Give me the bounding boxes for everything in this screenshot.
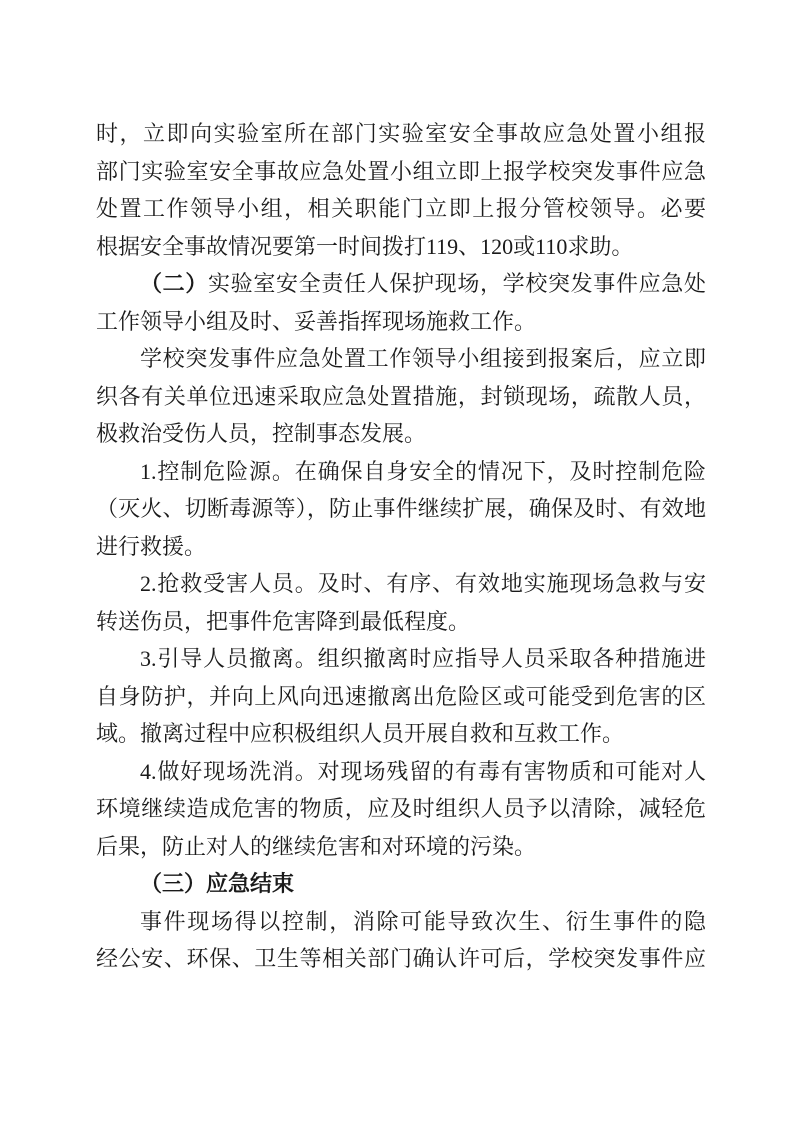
bold-text-segment: （三）应急结束 [140, 871, 294, 896]
text-line: 部门实验室安全事故应急处置小组立即上报学校突发事件应急 [96, 153, 706, 191]
text-segment: 学校突发事件应急处置工作领导小组接到报案后，应立即组 [96, 346, 706, 378]
text-line: 织各有关单位迅速采取应急处置措施，封锁现场，疏散人员，积 [96, 378, 706, 416]
text-line: 工作领导小组及时、妥善指挥现场施救工作。 [96, 303, 706, 341]
text-segment: 根据安全事故情况要第一时间拨打119、120或110求助。 [96, 234, 633, 259]
text-line: 后果，防止对人的继续危害和对环境的污染。 [96, 828, 706, 866]
text-segment: 部门实验室安全事故应急处置小组立即上报学校突发事件应急 [96, 159, 706, 184]
text-line: 1.控制危险源。在确保自身安全的情况下，及时控制危险源 [96, 453, 706, 491]
text-segment: 域。撤离过程中应积极组织人员开展自救和互救工作。 [96, 721, 624, 746]
text-line: 根据安全事故情况要第一时间拨打119、120或110求助。 [96, 228, 706, 266]
text-segment: 后果，防止对人的继续危害和对环境的污染。 [96, 834, 536, 859]
text-line: 事件现场得以控制，消除可能导致次生、衍生事件的隐患， [96, 903, 706, 941]
text-segment: 时，立即向实验室所在部门实验室安全事故应急处置小组报告； [96, 121, 706, 153]
bold-text-segment: （二） [140, 271, 208, 296]
text-line: 4.做好现场洗消。对现场残留的有毒有害物质和可能对人和 [96, 753, 706, 791]
text-segment: 工作领导小组及时、妥善指挥现场施救工作。 [96, 309, 536, 334]
text-line: 环境继续造成危害的物质，应及时组织人员予以清除，减轻危害 [96, 790, 706, 828]
text-line: 3.引导人员撤离。组织撤离时应指导人员采取各种措施进行 [96, 640, 706, 678]
text-segment: 环境继续造成危害的物质，应及时组织人员予以清除，减轻危害 [96, 796, 706, 828]
text-segment: 经公安、环保、卫生等相关部门确认许可后，学校突发事件应急 [96, 946, 706, 978]
text-segment: （灭火、切断毒源等），防止事件继续扩展，确保及时、有效地 [96, 496, 706, 521]
document-page: 时，立即向实验室所在部门实验室安全事故应急处置小组报告；部门实验室安全事故应急处… [0, 0, 793, 1122]
section-lead-line: （二）实验室安全责任人保护现场，学校突发事件应急处置 [96, 265, 706, 303]
text-line: 转送伤员，把事件危害降到最低程度。 [96, 603, 706, 641]
text-segment: 4.做好现场洗消。对现场残留的有毒有害物质和可能对人和 [96, 759, 706, 791]
text-line: 时，立即向实验室所在部门实验室安全事故应急处置小组报告； [96, 115, 706, 153]
text-segment: 处置工作领导小组，相关职能门立即上报分管校领导。必要时， [96, 196, 706, 228]
text-segment: 事件现场得以控制，消除可能导致次生、衍生事件的隐患， [96, 909, 706, 941]
text-segment: 2.抢救受害人员。及时、有序、有效地实施现场急救与安全 [96, 571, 706, 603]
text-line: 经公安、环保、卫生等相关部门确认许可后，学校突发事件应急 [96, 940, 706, 978]
text-line: 学校突发事件应急处置工作领导小组接到报案后，应立即组 [96, 340, 706, 378]
text-segment: 进行救援。 [96, 534, 206, 559]
text-line: 自身防护，并向上风向迅速撤离出危险区或可能受到危害的区 [96, 678, 706, 716]
text-segment: 1.控制危险源。在确保自身安全的情况下，及时控制危险源 [96, 459, 706, 491]
text-segment: 织各有关单位迅速采取应急处置措施，封锁现场，疏散人员，积 [96, 384, 706, 416]
text-line: 2.抢救受害人员。及时、有序、有效地实施现场急救与安全 [96, 565, 706, 603]
section-heading-line: （三）应急结束 [96, 865, 706, 903]
text-segment: 自身防护，并向上风向迅速撤离出危险区或可能受到危害的区 [96, 684, 706, 709]
text-segment: 3.引导人员撤离。组织撤离时应指导人员采取各种措施进行 [96, 646, 706, 678]
text-line: 域。撤离过程中应积极组织人员开展自救和互救工作。 [96, 715, 706, 753]
text-line: （灭火、切断毒源等），防止事件继续扩展，确保及时、有效地 [96, 490, 706, 528]
text-segment: 极救治受伤人员，控制事态发展。 [96, 421, 426, 446]
text-line: 处置工作领导小组，相关职能门立即上报分管校领导。必要时， [96, 190, 706, 228]
text-line: 极救治受伤人员，控制事态发展。 [96, 415, 706, 453]
text-line: 进行救援。 [96, 528, 706, 566]
text-segment: 转送伤员，把事件危害降到最低程度。 [96, 609, 470, 634]
document-body: 时，立即向实验室所在部门实验室安全事故应急处置小组报告；部门实验室安全事故应急处… [96, 115, 706, 978]
